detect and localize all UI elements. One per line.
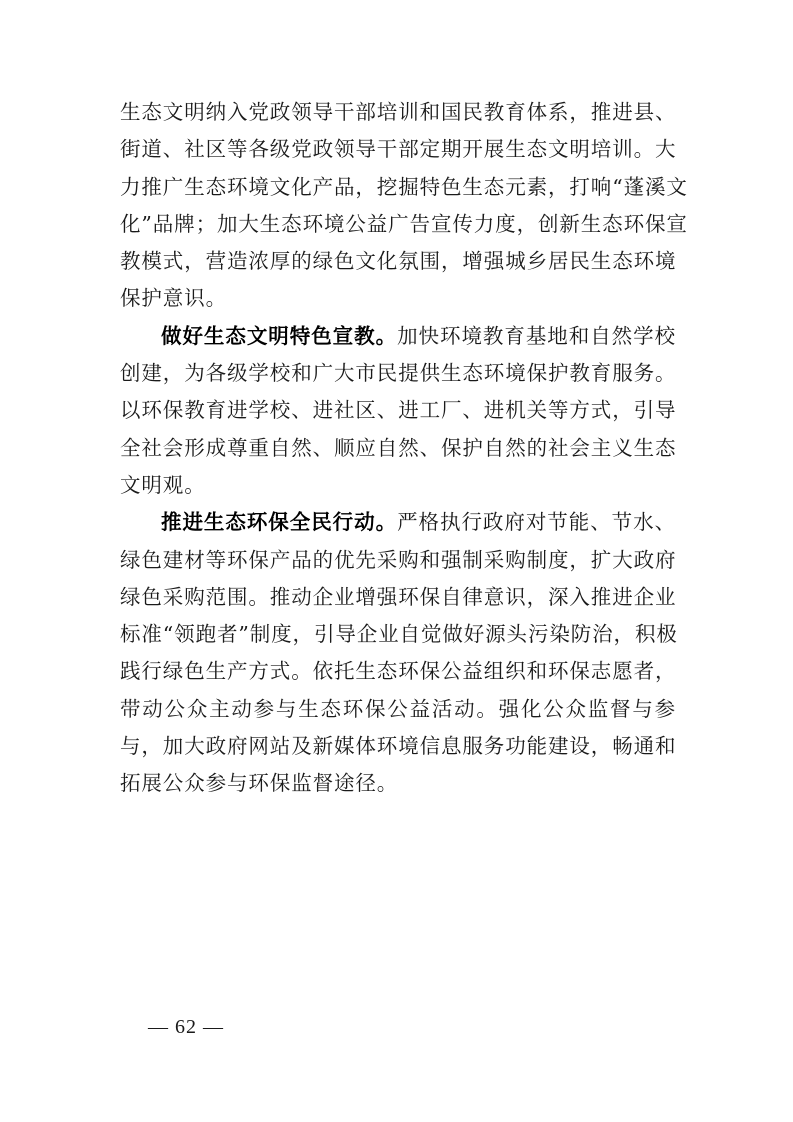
text-line: 以环保教育进学校、进社区、进工厂、进机关等方式，引导: [120, 392, 676, 429]
text-line: 生态文明纳入党政领导干部培训和国民教育体系，推进县、: [120, 94, 676, 131]
text-line: 保护意识。: [120, 280, 676, 317]
text-line: 街道、社区等各级党政领导干部定期开展生态文明培训。大: [120, 131, 676, 168]
document-page: 生态文明纳入党政领导干部培训和国民教育体系，推进县、 街道、社区等各级党政领导干…: [0, 0, 793, 1122]
text-line: 标准“领跑者”制度，引导企业自觉做好源头污染防治，积极: [120, 616, 676, 653]
text-line: 做好生态文明特色宣教。加快环境教育基地和自然学校: [120, 318, 676, 355]
text-line: 绿色采购范围。推动企业增强环保自律意识，深入推进企业: [120, 579, 676, 616]
text-line: 践行绿色生产方式。依托生态环保公益组织和环保志愿者，: [120, 653, 676, 690]
body-text: 生态文明纳入党政领导干部培训和国民教育体系，推进县、 街道、社区等各级党政领导干…: [120, 94, 676, 803]
text-line: 全社会形成尊重自然、顺应自然、保护自然的社会主义生态: [120, 430, 676, 467]
text-line: 带动公众主动参与生态环保公益活动。强化公众监督与参: [120, 691, 676, 728]
text-line: 力推广生态环境文化产品，挖掘特色生态元素，打响“蓬溪文: [120, 169, 676, 206]
paragraph-ecological-education: 做好生态文明特色宣教。加快环境教育基地和自然学校 创建，为各级学校和广大市民提供…: [120, 318, 676, 504]
paragraph-public-action: 推进生态环保全民行动。严格执行政府对节能、节水、 绿色建材等环保产品的优先采购和…: [120, 504, 676, 802]
text-line: 文明观。: [120, 467, 676, 504]
text-fragment: 加快环境教育基地和自然学校: [397, 324, 676, 348]
text-line: 推进生态环保全民行动。严格执行政府对节能、节水、: [120, 504, 676, 541]
page-number: — 62 —: [148, 1016, 224, 1039]
text-line: 教模式，营造浓厚的绿色文化氛围，增强城乡居民生态环境: [120, 243, 676, 280]
text-line: 绿色建材等环保产品的优先采购和强制采购制度，扩大政府: [120, 542, 676, 579]
paragraph-culture-education: 生态文明纳入党政领导干部培训和国民教育体系，推进县、 街道、社区等各级党政领导干…: [120, 94, 676, 318]
paragraph-heading: 做好生态文明特色宣教。: [161, 324, 397, 348]
text-fragment: 严格执行政府对节能、节水、: [397, 510, 676, 534]
text-line: 拓展公众参与环保监督途径。: [120, 765, 676, 802]
text-line: 与，加大政府网站及新媒体环境信息服务功能建设，畅通和: [120, 728, 676, 765]
paragraph-heading: 推进生态环保全民行动。: [161, 510, 397, 534]
text-line: 创建，为各级学校和广大市民提供生态环境保护教育服务。: [120, 355, 676, 392]
text-line: 化”品牌；加大生态环境公益广告宣传力度，创新生态环保宣: [120, 206, 676, 243]
